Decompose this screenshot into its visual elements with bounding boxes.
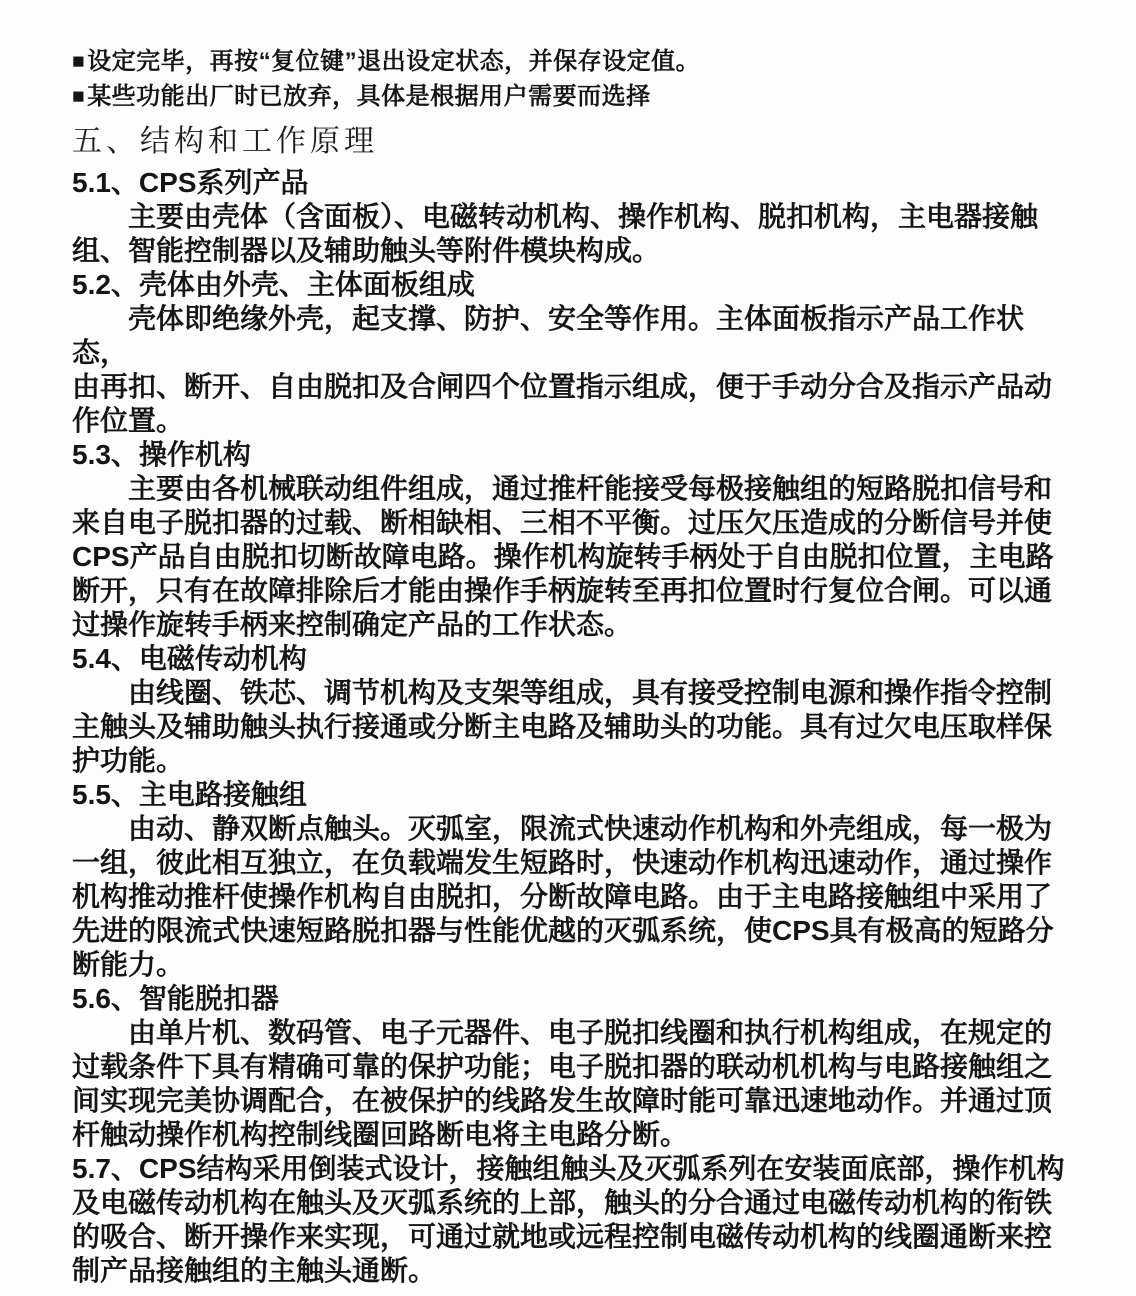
section-5-5: 5.5、主电路接触组 由动、静双断点触头。灭弧室，限流式快速动作机构和外壳组成，…	[72, 778, 1072, 982]
section-5-2: 5.2、壳体由外壳、主体面板组成 壳体即绝缘外壳，起支撑、防护、安全等作用。主体…	[72, 268, 1072, 438]
section-title: 5.4、电磁传动机构	[72, 642, 1072, 676]
section-5-6: 5.6、智能脱扣器 由单片机、数码管、电子元器件、电子脱扣线圈和执行机构组成，在…	[72, 982, 1072, 1152]
section-paragraph: 由动、静双断点触头。灭弧室，限流式快速动作机构和外壳组成，每一极为 一组，彼此相…	[72, 812, 1072, 982]
section-paragraph: 由单片机、数码管、电子元器件、电子脱扣线圈和执行机构组成，在规定的 过载条件下具…	[72, 1016, 1072, 1152]
section-title: 5.5、主电路接触组	[72, 778, 1072, 812]
section-5-4: 5.4、电磁传动机构 由线圈、铁芯、调节机构及支架等组成，具有接受控制电源和操作…	[72, 642, 1072, 778]
note-text: 设定完毕，再按“复位键”退出设定状态，并保存设定值。	[87, 48, 700, 75]
document-page: ■设定完毕，再按“复位键”退出设定状态，并保存设定值。 ■某些功能出厂时已放弃，…	[0, 0, 1136, 1296]
section-5-7: 5.7、CPS结构采用倒装式设计，接触组触头及灭弧系列在安装面底部，操作机构 及…	[72, 1152, 1072, 1288]
section-paragraph: 5.7、CPS结构采用倒装式设计，接触组触头及灭弧系列在安装面底部，操作机构 及…	[72, 1152, 1072, 1288]
note-line: ■设定完毕，再按“复位键”退出设定状态，并保存设定值。	[72, 44, 1072, 79]
notes: ■设定完毕，再按“复位键”退出设定状态，并保存设定值。 ■某些功能出厂时已放弃，…	[72, 44, 1072, 114]
document-content: ■设定完毕，再按“复位键”退出设定状态，并保存设定值。 ■某些功能出厂时已放弃，…	[72, 44, 1072, 1288]
note-text: 某些功能出厂时已放弃，具体是根据用户需要而选择	[87, 83, 651, 110]
section-paragraph: 主要由各机械联动组件组成，通过推杆能接受每极接触组的短路脱扣信号和 来自电子脱扣…	[72, 472, 1072, 642]
section-paragraph: 主要由壳体（含面板）、电磁转动机构、操作机构、脱扣机构，主电器接触 组、智能控制…	[72, 200, 1072, 268]
section-title: 5.2、壳体由外壳、主体面板组成	[72, 268, 1072, 302]
section-paragraph: 由线圈、铁芯、调节机构及支架等组成，具有接受控制电源和操作指令控制 主触头及辅助…	[72, 676, 1072, 778]
section-title: 5.6、智能脱扣器	[72, 982, 1072, 1016]
note-line: ■某些功能出厂时已放弃，具体是根据用户需要而选择	[72, 79, 1072, 114]
chapter-heading: 五、结构和工作原理	[72, 120, 1072, 164]
square-bullet-icon: ■	[72, 50, 85, 73]
section-paragraph: 壳体即绝缘外壳，起支撑、防护、安全等作用。主体面板指示产品工作状态， 由再扣、断…	[72, 302, 1072, 438]
section-5-1: 5.1、CPS系列产品 主要由壳体（含面板）、电磁转动机构、操作机构、脱扣机构，…	[72, 166, 1072, 268]
section-title: 5.3、操作机构	[72, 438, 1072, 472]
square-bullet-icon: ■	[72, 85, 85, 108]
section-title: 5.1、CPS系列产品	[72, 166, 1072, 200]
section-5-3: 5.3、操作机构 主要由各机械联动组件组成，通过推杆能接受每极接触组的短路脱扣信…	[72, 438, 1072, 642]
